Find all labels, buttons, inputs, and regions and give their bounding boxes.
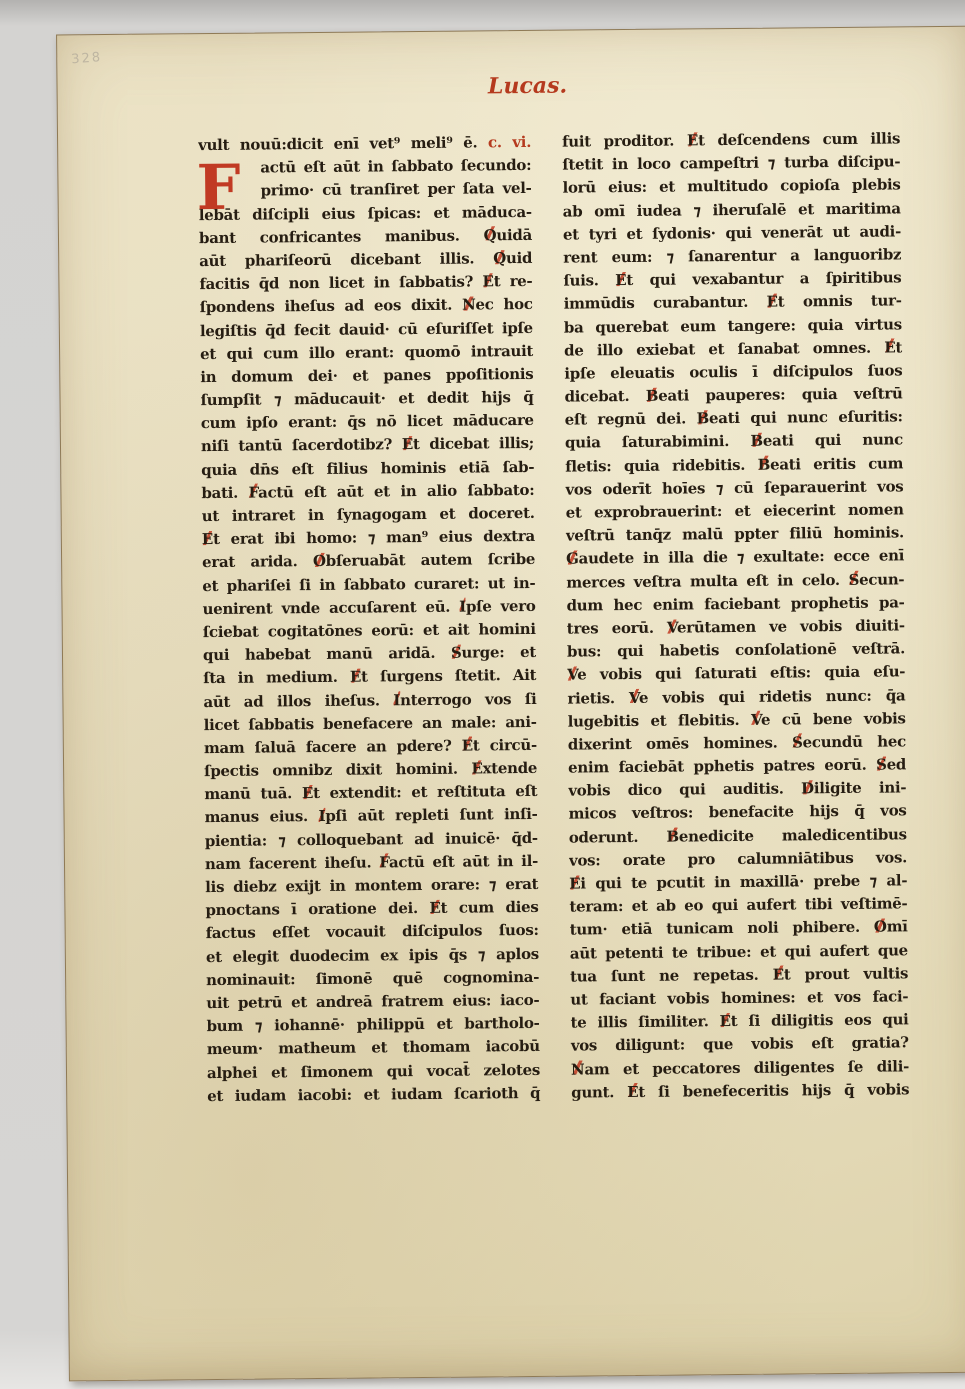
text-run: aūt ad illos iheſus. — [203, 691, 393, 711]
text-run: qui habebat manū aridā. — [203, 644, 451, 664]
rubricated-capital: E — [402, 436, 413, 454]
text-line: bus: qui habetis conſolationē veſtrā. — [567, 637, 905, 663]
text-run: erūtamen ve vobis diuiti- — [677, 616, 905, 636]
text-line: vult nouū:dicit enī vet⁹ meli⁹ ē. c. vi. — [198, 131, 531, 157]
text-line: ba querebat eum tangere: quia virtus — [564, 313, 902, 339]
text-line: et qui cum illo erant: quomō intrauit — [200, 340, 533, 366]
text-line: quia ſaturabimini. Beati qui nunc — [565, 429, 903, 455]
text-line: licet ſabbatis benefacere an male: ani- — [204, 711, 537, 737]
text-run: t dicebat illis; — [413, 434, 534, 453]
text-run: rent eum: ⁊ ſanarentur a languoribz — [563, 245, 901, 266]
text-run: uidā — [496, 226, 532, 244]
text-run: pſe vero — [466, 597, 536, 616]
text-line: Et erat ibi homo: ⁊ man⁹ eius dextra — [202, 525, 535, 551]
text-run: lis diebz exijt in montem orare: ⁊ erat — [205, 875, 538, 896]
text-line: pnoctans ī oratione dei. Et cum dies — [205, 896, 538, 922]
rubricated-capital: E — [569, 874, 580, 892]
text-run: oderunt. — [569, 827, 667, 846]
text-line: enim faciebāt pphetis patres eorū. Sed — [568, 753, 906, 779]
text-run: e vobis qui ſaturati eſtis: quia eſu- — [577, 663, 905, 684]
text-run: factus eſſet vocauit diſcipulos ſuos: — [206, 921, 539, 942]
text-line: ſuis. Et qui vexabantur a ſpiritibus — [563, 267, 901, 293]
text-run: ſtetit in loco campeſtri ⁊ turba diſcipu… — [562, 153, 900, 174]
text-run: actū eſt aūt et in alio ſabbato: — [258, 481, 535, 502]
rubricated-capital: E — [429, 899, 440, 917]
text-run: ipſe eleuatis oculis ī diſcipulos ſuos — [564, 361, 902, 382]
text-run: t re- — [494, 272, 533, 290]
text-run: ut intraret in ſynagogam et doceret. — [202, 504, 535, 525]
text-line: meum· matheum et thomam iacobū — [207, 1035, 540, 1061]
text-run: dicebat. — [564, 387, 645, 406]
rubricated-capital: O — [874, 918, 887, 936]
text-line: alphei et ſimonem qui vocat̄ zelotes — [207, 1058, 540, 1084]
text-run: nominauit: ſimonē quē cognomina- — [206, 968, 539, 989]
text-line: legiſtis q̄d fecit dauid· cū eſuriſſet i… — [200, 316, 533, 342]
rubricated-capital: N — [571, 1060, 585, 1078]
text-run: micos veſtros: benefacite hijs q̄ vos — [568, 802, 906, 823]
text-run: urge: et — [461, 643, 536, 662]
text-run: t — [895, 338, 902, 356]
text-line: et exprobrauerint: et eiecerint nomen — [566, 498, 904, 524]
text-run: quia ſaturabimini. — [565, 432, 751, 452]
text-run: bſeruabāt autem ſcribe — [326, 550, 536, 570]
text-run: t ſurgens ſtetit. Ait — [361, 666, 536, 686]
text-run: actū eſt aūt in ſabbato ſecundo: — [260, 156, 531, 177]
text-run: t erat ibi homo: ⁊ man⁹ eius dextra — [213, 527, 535, 548]
text-run: bus: qui habetis conſolationē veſtrā. — [567, 639, 905, 660]
text-line: fuit proditor. Et deſcendens cum illis — [562, 127, 900, 153]
text-run: t deſcendens cum illis — [698, 129, 900, 149]
rubricated-capital: B — [750, 432, 763, 450]
rubricated-capital: D — [801, 779, 814, 797]
text-run: mam ſaluā facere an pdere? — [204, 736, 462, 756]
text-line: rietis. Ve vobis qui ridetis nunc: q̄a — [567, 684, 905, 710]
text-run: am et peccatores diligentes ſe dili- — [584, 1057, 909, 1078]
text-run: i qui te pcutit in maxillā· prebe ⁊ al- — [580, 871, 907, 892]
text-run: t ſi benefeceritis hijs q̄ vobis — [638, 1080, 909, 1101]
text-line: ſta in medium. Et ſurgens ſtetit. Ait — [203, 664, 536, 690]
text-run: et qui cum illo erant: quomō intrauit — [200, 342, 533, 363]
text-run: licet ſabbatis benefacere an male: ani- — [204, 713, 537, 734]
text-run: rietis. — [567, 689, 629, 708]
text-run: eati pauperes: quia veſtrū — [658, 384, 902, 404]
text-run: xtende — [482, 759, 537, 778]
manuscript-page: 328 Lucas. F vult nouū:dicit enī vet⁹ me… — [56, 26, 965, 1382]
text-line: manus eius. Ipſi aūt repleti ſunt inſi- — [204, 803, 537, 829]
text-line: Gaudete in illa die ⁊ exultate: ecce enī — [566, 545, 904, 571]
rubricated-capital: S — [848, 570, 859, 588]
text-run: e vobis qui ridetis nunc: q̄a — [639, 686, 906, 707]
rubricated-capital: Q — [483, 226, 496, 244]
text-run: t qui vexabantur a ſpiritibus — [626, 269, 901, 290]
text-run: fletis: quia ridebitis. — [565, 455, 758, 475]
text-line: quia dn̄s eſt filius hominis etiā ſab- — [201, 456, 534, 482]
text-run: ut faciant vobis homines: et vos faci- — [570, 987, 908, 1008]
text-run: fuit proditor. — [562, 131, 687, 150]
text-run: merces veſtra multa eſt in celo. — [566, 570, 848, 591]
text-run: audete in illa die ⁊ exultate: ecce enī — [579, 547, 905, 568]
text-run: alphei et ſimonem qui vocat̄ zelotes — [207, 1060, 540, 1081]
text-line: dum hec enim faciebant prophetis pa- — [566, 591, 904, 617]
rubric-text: c. vi. — [488, 133, 531, 151]
text-run: nterrogo vos ſi — [400, 689, 537, 708]
text-run: bati. — [201, 483, 248, 501]
text-run: bum ⁊ iohannē· philippū et bartholo- — [206, 1014, 539, 1035]
text-line: uenirent vnde accuſarent eū. Ipſe vero — [202, 595, 535, 621]
text-run: nam facerent iheſu. — [205, 853, 380, 873]
text-line: teram: et ab eo qui aufert tibi veſtimē- — [569, 893, 907, 919]
text-run: manū tuā. — [204, 784, 302, 803]
text-line: lugebitis et flebitis. Ve cū bene vobis — [568, 707, 906, 733]
text-line: tua ſunt ne repetas. Et prout vultis — [570, 962, 908, 988]
text-run: niſi tantū ſacerdotibz? — [201, 436, 402, 456]
text-run: vobis dico qui auditis. — [568, 780, 801, 800]
text-line: et tyri et ſydonis· qui venerāt ut audi- — [563, 220, 901, 246]
rubricated-capital: E — [773, 965, 784, 983]
text-line: ut intraret in ſynagogam et doceret. — [202, 502, 535, 528]
text-run: te illis ſimiliter. — [570, 1012, 719, 1031]
text-run: manus eius. — [204, 807, 318, 826]
text-run: pſi aūt repleti ſunt inſi- — [325, 805, 537, 825]
text-line: et iudam iacobi: et iudam ſcarioth q̄ — [207, 1082, 540, 1108]
text-run: lugebitis et flebitis. — [568, 711, 752, 731]
text-line: vobis dico qui auditis. Diligite ini- — [568, 777, 906, 803]
rubricated-capital: E — [462, 736, 473, 754]
text-line: oderunt. Benedicite maledicentibus — [569, 823, 907, 849]
text-run: actū eſt aūt in il- — [389, 852, 538, 871]
rubricated-capital: B — [758, 455, 771, 473]
text-run: aūt petenti te tribue: et qui aufert que — [570, 941, 908, 962]
rubricated-capital: B — [697, 409, 710, 427]
text-run: eati qui nunc eſuritis: — [709, 408, 903, 428]
text-line: rent eum: ⁊ ſanarentur a languoribz — [563, 243, 901, 269]
text-run: gunt. — [571, 1083, 627, 1102]
text-line: ut faciant vobis homines: et vos faci- — [570, 985, 908, 1011]
text-run: erat arida. — [202, 552, 313, 571]
text-line: et phariſei ſi in ſabbato curaret: ut in… — [202, 571, 535, 597]
text-run: ed — [887, 755, 907, 773]
text-run: tum· etiā tunicam noli phibere. — [570, 918, 874, 939]
text-line: fletis: quia ridebitis. Beati eritis cum — [565, 452, 903, 478]
text-run: facitis q̄d non licet in ſabbatis? — [199, 273, 482, 294]
rubricated-capital: V — [667, 618, 677, 636]
text-run: ab omī iudea ⁊ iheruſalē et maritima — [563, 199, 901, 220]
rubricated-capital: E — [471, 759, 482, 777]
text-run: ecundū hec — [802, 732, 905, 751]
text-run: dum hec enim faciebant prophetis pa- — [566, 593, 904, 614]
rubricated-capital: B — [646, 387, 659, 405]
text-run: t extendit: et reſtituta eſt — [313, 782, 537, 802]
text-run: et phariſei ſi in ſabbato curaret: ut in… — [202, 573, 535, 594]
text-run: tres eorū. — [567, 619, 667, 638]
text-run: pnoctans ī oratione dei. — [205, 899, 429, 919]
text-line: te illis ſimiliter. Et ſi diligitis eos … — [570, 1008, 908, 1034]
text-run: veſtrū tanq̄z malū ppter filiū hominis. — [566, 524, 904, 545]
text-line: mam ſaluā facere an pdere? Et circū- — [204, 734, 537, 760]
text-run: t prout vultis — [784, 964, 908, 983]
text-column-left: F vult nouū:dicit enī vet⁹ meli⁹ ē. c. v… — [198, 131, 540, 1108]
text-run: aūt phariſeorū dicebant illis. — [199, 249, 493, 270]
text-line: ab omī iudea ⁊ iheruſalē et maritima — [563, 197, 901, 223]
text-line: et elegit duodecim ex ipis q̄s ⁊ aplos — [206, 942, 539, 968]
text-line: veſtrū tanq̄z malū ppter filiū hominis. — [566, 522, 904, 548]
text-run: teram: et ab eo qui aufert tibi veſtimē- — [569, 895, 907, 916]
text-run: pientia: ⁊ colloquebant ad inuicē· q̄d- — [205, 829, 538, 850]
rubricated-capital: S — [451, 644, 462, 662]
text-line: in domum dei· et panes ppoſitionis — [200, 363, 533, 389]
text-run: vult nouū:dicit enī vet⁹ meli⁹ ē. — [198, 133, 488, 154]
text-line: nam facerent iheſu. Factū eſt aūt in il- — [205, 850, 538, 876]
text-line: qui habebat manū aridā. Surge: et — [203, 641, 536, 667]
text-run: t cum dies — [441, 898, 539, 917]
text-line: ſtetit in loco campeſtri ⁊ turba diſcipu… — [562, 151, 900, 177]
text-line: micos veſtros: benefacite hijs q̄ vos — [568, 800, 906, 826]
text-line: erat arida. Obſeruabāt autem ſcribe — [202, 548, 535, 574]
text-line: vos diligunt: que vobis eſt gratia? — [571, 1032, 909, 1058]
rubricated-capital: E — [350, 668, 361, 686]
text-line: bati. Factū eſt aūt et in alio ſabbato: — [201, 479, 534, 505]
text-line: lorū eius: et multitudo copioſa plebis — [562, 174, 900, 200]
text-run: et tyri et ſydonis· qui venerāt ut audi- — [563, 222, 901, 243]
rubricated-capital: E — [482, 272, 493, 290]
text-run: et elegit duodecim ex ipis q̄s ⁊ aplos — [206, 944, 539, 965]
text-run: ſpondens iheſus ad eos dixit. — [200, 296, 463, 317]
text-run: legiſtis q̄d fecit dauid· cū eſuriſſet i… — [200, 318, 533, 339]
text-run: primo· cū tranſiret per ſata vel- — [260, 179, 531, 200]
text-run: vos diligunt: que vobis eſt gratia? — [571, 1034, 909, 1055]
rubricated-capital: V — [629, 688, 639, 706]
rubricated-capital: E — [627, 1083, 638, 1101]
rubricated-capital: G — [566, 550, 579, 568]
text-run: bant confricantes manibus. — [199, 226, 484, 247]
text-run: dixerint omēs homines. — [568, 733, 792, 753]
text-run: in domum dei· et panes ppoſitionis — [200, 365, 533, 386]
text-run: immūdis curabantur. — [564, 293, 767, 313]
text-line: vos: orate pro calumniātibus vos. — [569, 846, 907, 872]
text-line: uit petrū et andreā fratrem eius: iaco- — [206, 989, 539, 1015]
pencil-folio-number: 328 — [71, 50, 103, 67]
running-title: Lucas. — [457, 72, 597, 99]
text-line: dixerint omēs homines. Secundū hec — [568, 730, 906, 756]
text-run: lorū eius: et multitudo copioſa plebis — [562, 176, 900, 197]
text-line: vos oderīt hoīes ⁊ cū ſeparauerint vos — [565, 475, 903, 501]
text-run: et iudam iacobi: et iudam ſcarioth q̄ — [207, 1084, 540, 1105]
text-line: eſt regnū dei. Beati qui nunc eſuritis: — [565, 406, 903, 432]
text-column-right: fuit proditor. Et deſcendens cum illisſt… — [562, 127, 909, 1104]
text-run: e cū bene vobis — [761, 709, 906, 728]
text-line: tres eorū. Verūtamen ve vobis diuiti- — [567, 614, 905, 640]
text-run: iligite ini- — [814, 779, 907, 798]
rubricated-capital: O — [313, 552, 326, 570]
text-line: niſi tantū ſacerdotibz? Et dicebat illis… — [201, 432, 534, 458]
text-run: ec hoc — [475, 295, 532, 314]
text-run: meum· matheum et thomam iacobū — [207, 1037, 540, 1058]
text-line: Nam et peccatores diligentes ſe dili- — [571, 1055, 909, 1081]
chapter-initial: F — [196, 155, 255, 226]
text-run: enedicite maledicentibus — [679, 825, 907, 845]
text-run: tua ſunt ne repetas. — [570, 965, 773, 985]
text-run: ba querebat eum tangere: quia virtus — [564, 315, 902, 336]
text-run: cum ipſo erant: q̄s nō licet māducare — [201, 411, 534, 432]
text-run: de illo exiebat et ſanabat omnes. — [564, 338, 884, 359]
rubricated-capital: N — [462, 296, 476, 314]
text-line: dicebat. Beati pauperes: quia veſtrū — [564, 382, 902, 408]
text-run: t circū- — [473, 736, 537, 755]
rubricated-capital: E — [687, 131, 698, 149]
text-run: uenirent vnde accuſarent eū. — [202, 597, 459, 617]
text-line: de illo exiebat et ſanabat omnes. Et — [564, 336, 902, 362]
text-line: bum ⁊ iohannē· philippū et bartholo- — [206, 1012, 539, 1038]
text-run: quia dn̄s eſt filius hominis etiā ſab- — [201, 458, 534, 479]
text-run: t ſi diligitis eos qui — [731, 1010, 909, 1030]
text-line: bant confricantes manibus. Quidā — [199, 224, 532, 250]
text-line: merces veſtra multa eſt in celo. Secun- — [566, 568, 904, 594]
text-run: eſt regnū dei. — [565, 410, 697, 429]
rubricated-capital: E — [615, 271, 626, 289]
text-run: eati qui nunc — [763, 431, 903, 450]
text-line: immūdis curabantur. Et omnis tur- — [564, 290, 902, 316]
text-line: factus eſſet vocauit diſcipulos ſuos: — [206, 919, 539, 945]
text-line: ſumpſit ⁊ māducauit· et dedit hijs q̄ — [200, 386, 533, 412]
text-line: aūt phariſeorū dicebant illis. Quid — [199, 247, 532, 273]
text-line: nominauit: ſimonē quē cognomina- — [206, 966, 539, 992]
rubricated-capital: E — [202, 530, 213, 548]
text-run: mī — [887, 918, 908, 936]
text-line: Ve vobis qui ſaturati eſtis: quia eſu- — [567, 661, 905, 687]
text-line: ſciebat cogitatōnes eorū: et ait homini — [203, 618, 536, 644]
text-line: pientia: ⁊ colloquebant ad inuicē· q̄d- — [205, 827, 538, 853]
text-line: tum· etiā tunicam noli phibere. Omī — [570, 916, 908, 942]
text-run: ſpectis omnibz dixit homini. — [204, 760, 471, 781]
text-run: uit petrū et andreā fratrem eius: iaco- — [206, 991, 539, 1012]
rubricated-capital: S — [876, 756, 887, 774]
text-run: et exprobrauerint: et eiecerint nomen — [566, 500, 904, 521]
text-run: vos oderīt hoīes ⁊ cū ſeparauerint vos — [565, 477, 903, 498]
text-run: ſuis. — [563, 271, 615, 289]
rubricated-capital: S — [792, 733, 803, 751]
text-run: ſciebat cogitatōnes eorū: et ait homini — [203, 620, 536, 641]
text-line: ipſe eleuatis oculis ī diſcipulos ſuos — [564, 359, 902, 385]
text-line: aūt ad illos iheſus. Interrogo vos ſi — [203, 687, 536, 713]
text-run: uid — [506, 249, 532, 267]
text-line: aūt petenti te tribue: et qui aufert que — [570, 939, 908, 965]
rubricated-capital: V — [567, 666, 577, 684]
rubricated-capital: V — [751, 710, 761, 728]
text-line: facitis q̄d non licet in ſabbatis? Et re… — [199, 270, 532, 296]
rubricated-capital: E — [767, 293, 778, 311]
rubricated-capital: F — [379, 853, 389, 871]
text-line: ſpondens iheſus ad eos dixit. Nec hoc — [200, 293, 533, 319]
text-line: manū tuā. Et extendit: et reſtituta eſt — [204, 780, 537, 806]
text-line: cum ipſo erant: q̄s nō licet māducare — [201, 409, 534, 435]
text-line: ſpectis omnibz dixit homini. Extende — [204, 757, 537, 783]
rubricated-capital: E — [720, 1012, 731, 1030]
rubricated-capital: Q — [493, 249, 506, 267]
rubricated-capital: E — [302, 784, 313, 802]
text-run: enim faciebāt pphetis patres eorū. — [568, 756, 876, 777]
text-line: Ei qui te pcutit in maxillā· prebe ⁊ al- — [569, 869, 907, 895]
rubricated-capital: B — [666, 827, 679, 845]
rubricated-capital: E — [884, 338, 895, 356]
text-line: lis diebz exijt in montem orare: ⁊ erat — [205, 873, 538, 899]
rubricated-capital: F — [248, 483, 258, 501]
text-line: gunt. Et ſi benefeceritis hijs q̄ vobis — [571, 1078, 909, 1104]
text-run: ſta in medium. — [203, 668, 350, 687]
text-run: ecun- — [859, 570, 904, 588]
text-run: ſumpſit ⁊ māducauit· et dedit hijs q̄ — [200, 388, 533, 409]
text-run: eati eritis cum — [770, 454, 903, 473]
text-run: t omnis tur- — [778, 292, 902, 311]
text-run: vos: orate pro calumniātibus vos. — [569, 848, 907, 869]
